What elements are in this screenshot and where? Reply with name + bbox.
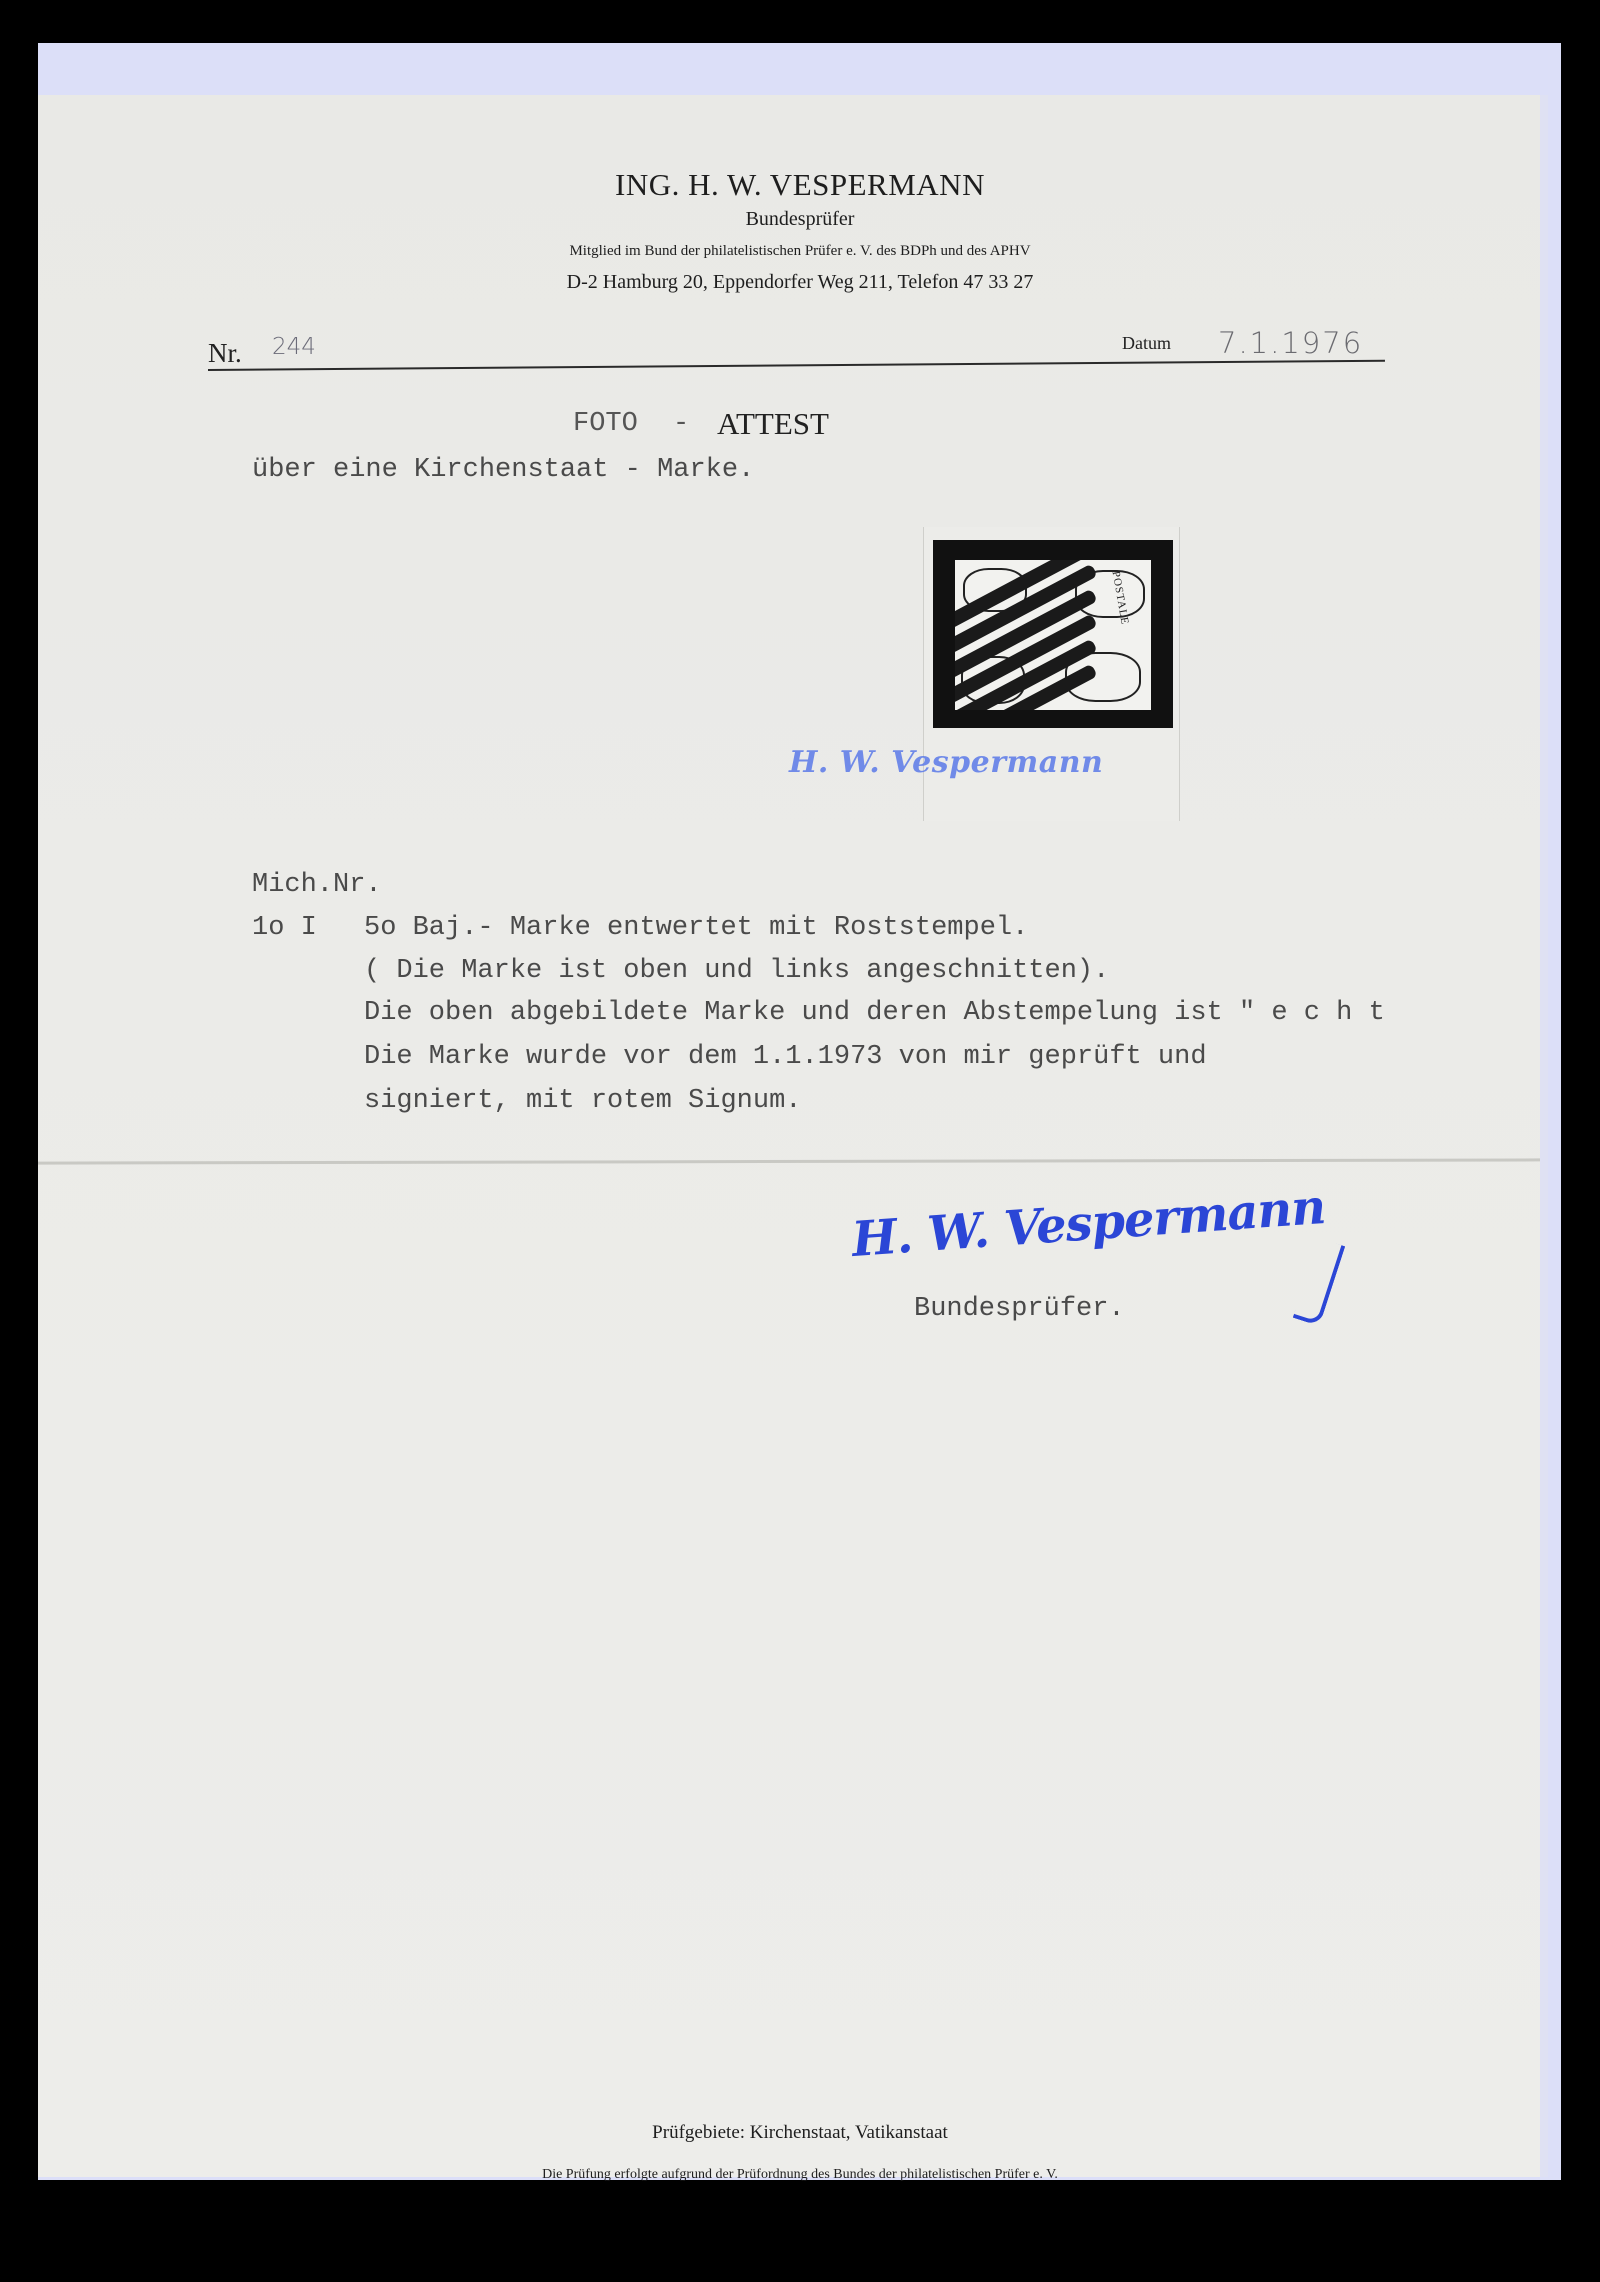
signatory-title: Bundesprüfer. bbox=[914, 1294, 1125, 1324]
letterhead-title: Bundesprüfer bbox=[0, 208, 1600, 231]
paper-fold-crease bbox=[38, 1158, 1540, 1164]
body-line: Die Marke wurde vor dem 1.1.1973 von mir… bbox=[364, 1042, 1207, 1072]
certificate-number-value: 244 bbox=[272, 334, 316, 360]
stamp-photo: POSTALE bbox=[933, 540, 1173, 728]
stamp-image: POSTALE bbox=[955, 560, 1151, 710]
catalog-number: 1o I bbox=[252, 913, 317, 943]
certificate-number-label: Nr. bbox=[208, 338, 242, 369]
letterhead-membership: Mitglied im Bund der philatelistischen P… bbox=[0, 243, 1600, 260]
heading-attest: ATTEST bbox=[717, 406, 829, 442]
body-line: 5o Baj.- Marke entwertet mit Roststempel… bbox=[364, 913, 1028, 943]
heading-dash: - bbox=[673, 409, 689, 439]
footer-regulations: Die Prüfung erfolgte aufgrund der Prüfor… bbox=[0, 2167, 1600, 2183]
letterhead-address: D-2 Hamburg 20, Eppendorfer Weg 211, Tel… bbox=[0, 271, 1600, 294]
body-line: ( Die Marke ist oben und links angeschni… bbox=[364, 956, 1109, 986]
body-line: signiert, mit rotem Signum. bbox=[364, 1086, 801, 1116]
date-value: 7.1.1976 bbox=[1218, 326, 1363, 360]
catalog-label: Mich.Nr. bbox=[252, 870, 382, 900]
body-line: Die oben abgebildete Marke und deren Abs… bbox=[364, 998, 1385, 1028]
heading-foto: FOTO bbox=[573, 409, 638, 439]
date-label: Datum bbox=[1122, 333, 1171, 354]
footer-examination-areas: Prüfgebiete: Kirchenstaat, Vatikanstaat bbox=[0, 2122, 1600, 2144]
certificate-subject: über eine Kirchenstaat - Marke. bbox=[252, 455, 754, 485]
letterhead-name: ING. H. W. VESPERMANN bbox=[0, 167, 1600, 203]
examiner-handstamp: H. W. Vespermann bbox=[789, 745, 1103, 780]
